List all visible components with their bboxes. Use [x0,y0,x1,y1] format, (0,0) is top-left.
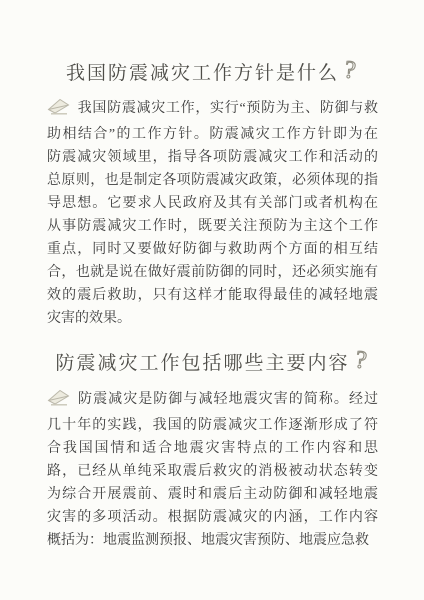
paragraph-line: 为综合开展震前、震时和震后主动防御和减轻地震 [47,483,378,506]
section-policy: 我国防震减灾工作方针是什么 ? 我国防震减灾工作，实行“预防为主、防御与救 助相… [47,0,378,330]
heading-text: 我国防震减灾工作方针是什么 [66,63,339,84]
question-mark-icon: ? [342,56,359,84]
paragraph-line: 防震减灾是防御与减轻地震灾害的简称。经过 [47,388,378,414]
line-text: 我国防震减灾工作，实行“预防为主、防御与救 [77,101,378,116]
paragraph-line: 重点，同时又要做好防御与救助两个方面的相互结 [47,238,378,261]
paragraph-line: 总原则，也是制定各项防震减灾政策，必须体现的指 [47,169,378,192]
paragraph-line: 路，已经从单纯采取震后救灾的消极被动状态转变 [47,460,378,483]
paragraph-line: 合，也就是说在做好震前防御的同时，还必须实施有 [47,261,378,284]
section-main-content-heading: 防震减灾工作包括哪些主要内容 ? [47,330,378,380]
paragraph-line: 我国防震减灾工作，实行“预防为主、防御与救 [47,97,378,123]
section-main-content: 防震减灾工作包括哪些主要内容 ? 防震减灾是防御与减轻地震灾害的简称。经过 几十… [47,330,378,552]
paragraph-line: 防震减灾领域里，指导各项防震减灾工作和活动的 [47,146,378,169]
book-page: 我国防震减灾工作方针是什么 ? 我国防震减灾工作，实行“预防为主、防御与救 助相… [0,0,424,600]
paragraph-line: 助相结合”的工作方针。防震减灾工作方针即为在 [47,123,378,146]
paragraph-main-content: 防震减灾是防御与减轻地震灾害的简称。经过 几十年的实践，我国的防震减灾工作逐渐形… [47,388,378,552]
heading-text: 防震减灾工作包括哪些主要内容 [55,353,349,374]
paragraph-line: 效的震后救助，只有这样才能取得最佳的减轻地震 [47,284,378,307]
paragraph-line: 灾害的多项活动。根据防震减灾的内涵，工作内容 [47,506,378,529]
paragraph-line: 概括为：地震监测预报、地震灾害预防、地震应急救 [47,529,378,552]
page-content: 我国防震减灾工作方针是什么 ? 我国防震减灾工作，实行“预防为主、防御与救 助相… [0,0,424,552]
svg-text:?: ? [342,56,359,84]
section-policy-heading: 我国防震减灾工作方针是什么 ? [47,0,378,90]
paragraph-line: 导思想。它要求人民政府及其有关部门或者机构在 [47,192,378,215]
line-text: 防震减灾是防御与减轻地震灾害的简称。经过 [77,392,378,407]
note-marker-icon [47,389,70,414]
paragraph-policy: 我国防震减灾工作，实行“预防为主、防御与救 助相结合”的工作方针。防震减灾工作方… [47,97,378,330]
note-marker-icon [47,98,70,123]
paragraph-line: 几十年的实践，我国的防震减灾工作逐渐形成了符 [47,414,378,437]
paragraph-line: 从事防震减灾工作时，既要关注预防为主这个工作 [47,215,378,238]
svg-text:?: ? [353,346,370,374]
paragraph-line: 灾害的效果。 [47,307,378,330]
paragraph-line: 合我国国情和适合地震灾害特点的工作内容和思 [47,437,378,460]
question-mark-icon: ? [353,346,370,374]
